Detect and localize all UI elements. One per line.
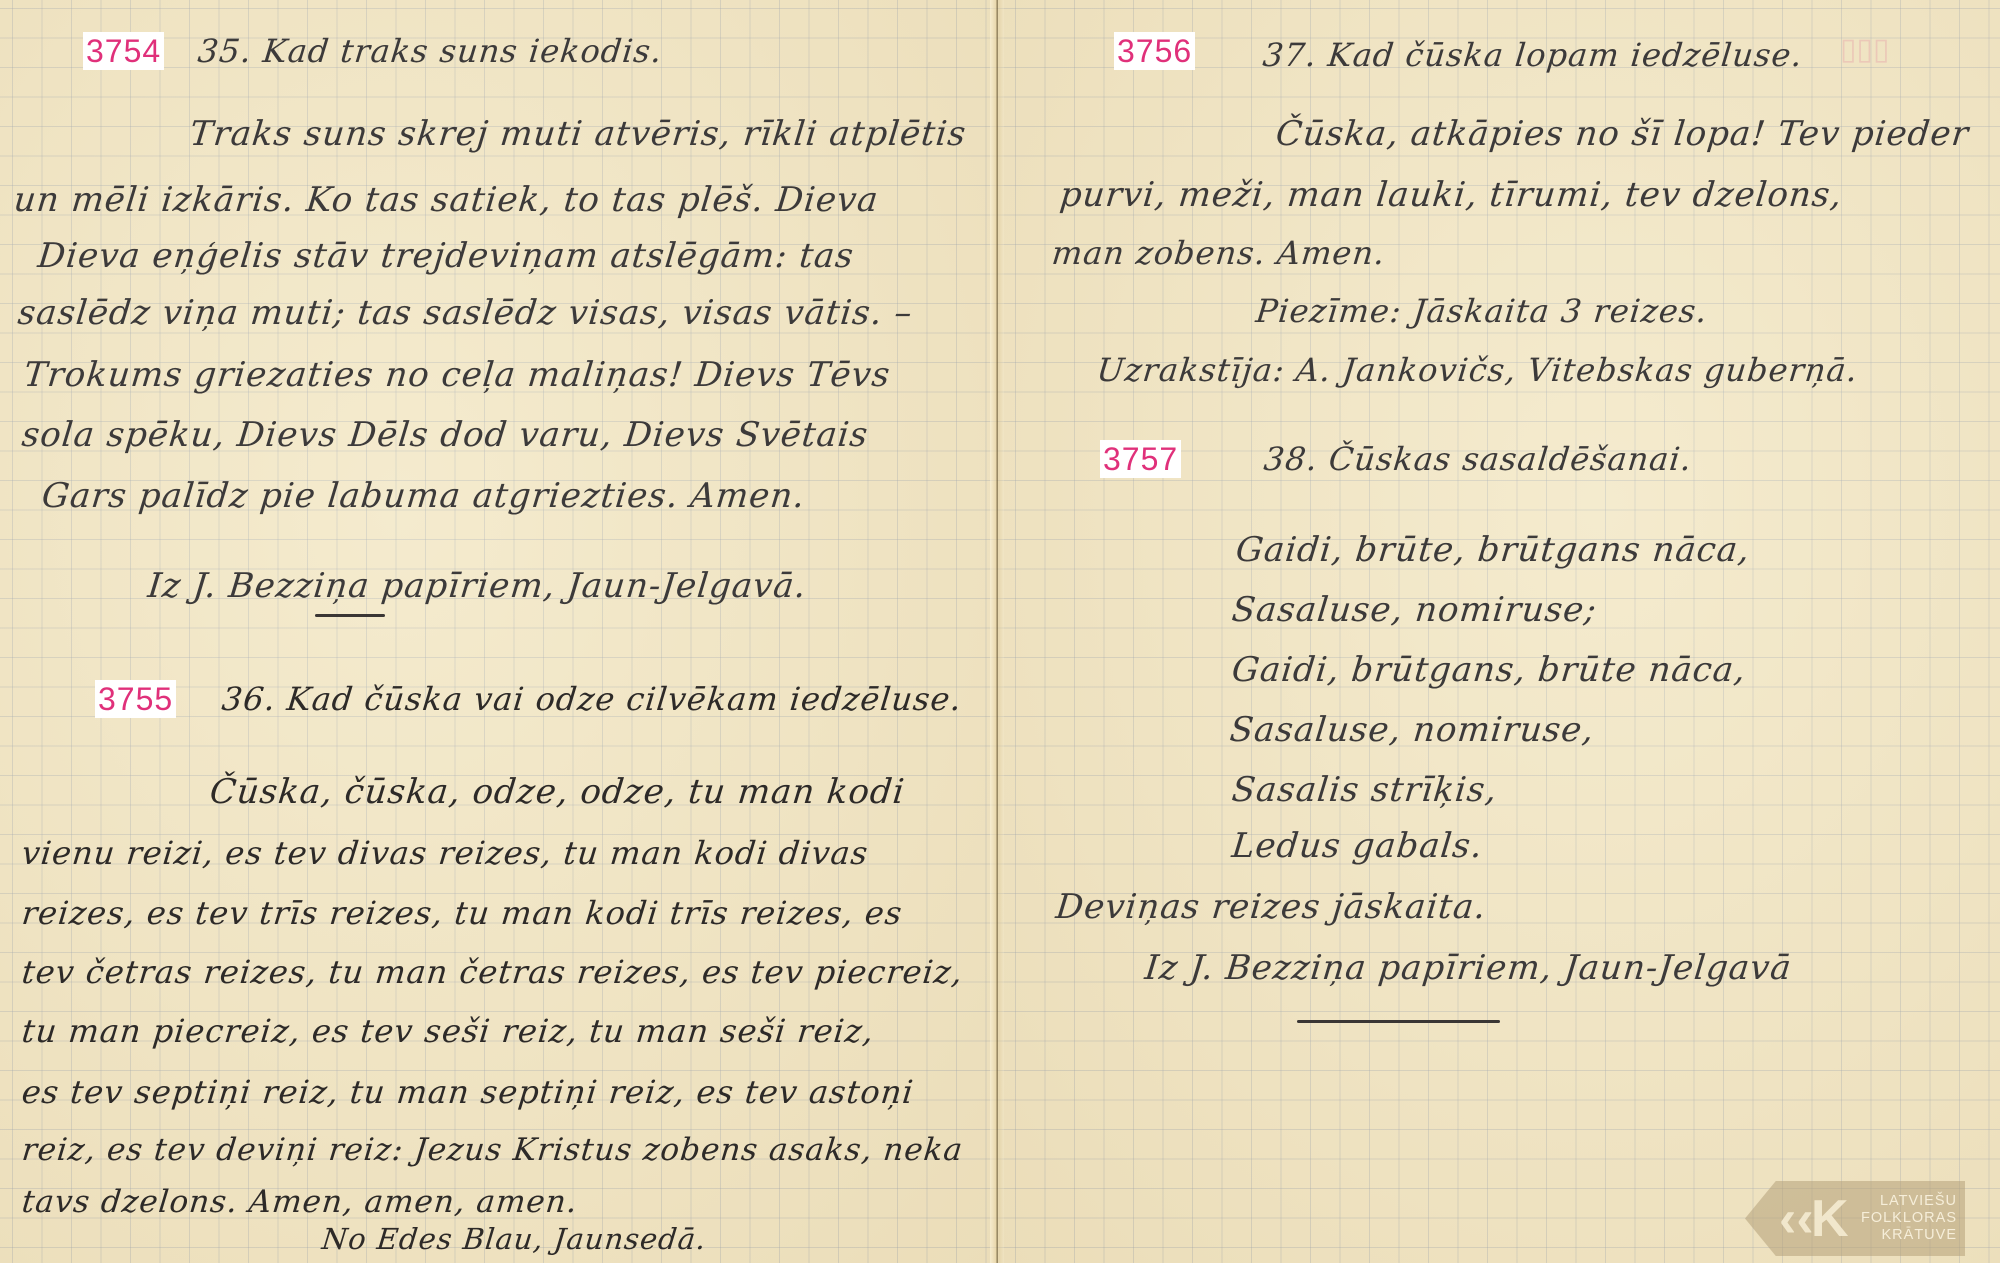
source-attribution: No Edes Blau, Jaunsedā.: [320, 1222, 708, 1256]
logo-mark-letter: K: [1811, 1189, 1849, 1249]
source-attribution: Iz J. Bezziņa papīriem, Jaun-Jelgavā: [1143, 948, 1794, 988]
text-line: Dieva eņģelis stāv trejdeviņam atslēgām:…: [36, 236, 856, 276]
text-line: reiz, es tev deviņi reiz: Jezus Kristus …: [20, 1132, 965, 1168]
faint-stamp: ▯▯▯: [1840, 32, 1890, 67]
record-number: 3754: [83, 32, 164, 70]
recorded-by-line: Uzrakstīja: A. Jankovičs, Vitebskas gube…: [1095, 351, 1860, 389]
record-number: 3756: [1114, 32, 1195, 70]
text-line: tu man piecreiz, es tev seši reiz, tu ma…: [20, 1012, 876, 1050]
verse-line: Sasaluse, nomiruse,: [1228, 710, 1596, 750]
verse-line: Sasalis strīķis,: [1230, 770, 1499, 810]
notebook-spread: 3754 35. Kad traks suns iekodis. Traks s…: [0, 0, 2000, 1263]
record-number: 3757: [1100, 440, 1181, 478]
record-number: 3755: [95, 680, 176, 718]
verse-line: Sasaluse, nomiruse;: [1230, 590, 1599, 630]
text-line: man zobens. Amen.: [1050, 234, 1387, 272]
text-line: un mēli izkāris. Ko tas satiek, to tas p…: [12, 180, 881, 220]
logo-line: KRĀTUVE: [1882, 1227, 1958, 1244]
text-line: Čūska, čūska, odze, odze, tu man kodi: [208, 772, 907, 812]
verse-line: Gaidi, brūte, brūtgans nāca,: [1234, 530, 1752, 570]
text-line: Traks suns skrej muti atvēris, rīkli atp…: [188, 114, 968, 154]
text-line: saslēdz viņa muti; tas saslēdz visas, vi…: [16, 293, 915, 333]
text-line: vienu reizi, es tev divas reizes, tu man…: [20, 834, 870, 872]
text-line: Čūska, atkāpies no šī lopa! Tev pieder: [1274, 114, 1971, 154]
notebook-spine: [990, 0, 1004, 1263]
text-line: es tev septiņi reiz, tu man septiņi reiz…: [20, 1073, 916, 1111]
logo-line: LATVIEŠU: [1880, 1193, 1957, 1210]
verse-line: Gaidi, brūtgans, brūte nāca,: [1230, 650, 1748, 690]
text-line: Gars palīdz pie labuma atgriezties. Amen…: [40, 476, 807, 516]
verse-line: Ledus gabals.: [1230, 826, 1485, 866]
text-line: tavs dzelons. Amen, amen, amen.: [20, 1184, 579, 1220]
text-line: sola spēku, Dievs Dēls dod varu, Dievs S…: [20, 415, 870, 455]
underline: [315, 614, 385, 617]
text-line: Trokums griezaties no ceļa maliņas! Diev…: [22, 355, 893, 395]
lfk-chevron-icon: ‹‹ K: [1745, 1181, 1855, 1256]
entry-heading: 37. Kad čūska lopam iedzēluse.: [1261, 36, 1805, 74]
entry-heading: 35. Kad traks suns iekodis.: [196, 32, 664, 70]
text-line: reizes, es tev trīs reizes, tu man kodi …: [20, 894, 904, 932]
lfk-watermark-logo: ‹‹ K LATVIEŠU FOLKLORAS KRĀTUVE: [1745, 1181, 1965, 1256]
logo-text: LATVIEŠU FOLKLORAS KRĀTUVE: [1855, 1181, 1965, 1256]
note-line: Piezīme: Jāskaita 3 reizes.: [1254, 292, 1710, 330]
text-line: purvi, meži, man lauki, tīrumi, tev dzel…: [1058, 175, 1844, 215]
logo-line: FOLKLORAS: [1861, 1210, 1957, 1227]
entry-heading: 38. Čūskas sasaldēšanai.: [1262, 440, 1694, 478]
entry-heading: 36. Kad čūska vai odze cilvēkam iedzēlus…: [220, 680, 964, 718]
underline: [1297, 1020, 1500, 1023]
text-line: tev četras reizes, tu man četras reizes,…: [20, 953, 965, 991]
instruction-line: Deviņas reizes jāskaita.: [1054, 887, 1488, 927]
source-attribution: Iz J. Bezziņa papīriem, Jaun-Jelgavā.: [146, 566, 809, 606]
